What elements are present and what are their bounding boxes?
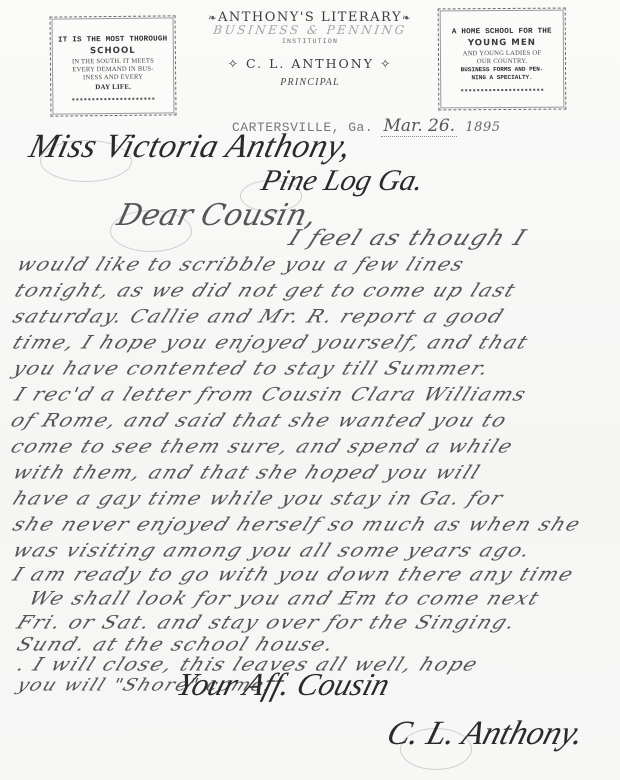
right-box-divider — [461, 89, 543, 92]
diamond-ornament-icon: ✧ — [228, 56, 246, 71]
body-line: time, I hope you enjoyed yourself, and t… — [10, 331, 533, 353]
letter-page: IT IS THE MOST THOROUGH SCHOOL IN THE SO… — [0, 0, 620, 780]
body-line: I feel as though I — [285, 225, 531, 250]
letterhead-left-box: IT IS THE MOST THOROUGH SCHOOL IN THE SO… — [49, 15, 176, 116]
letter-addressee: Miss Victoria Anthony, — [25, 128, 355, 166]
letterhead-center: ❧ANTHONY'S LITERARY❧ BUSINESS & PENNING … — [190, 6, 430, 88]
body-line: We shall look for you and Em to come nex… — [26, 587, 544, 609]
left-box-line-2: SCHOOL — [51, 44, 175, 58]
left-box-line-1: IT IS THE MOST THOROUGH — [51, 34, 175, 45]
institution-word: INSTITUTION — [190, 38, 430, 45]
body-line: have a gay time while you stay in Ga. fo… — [10, 487, 508, 509]
diamond-ornament-icon: ✧ — [374, 56, 392, 71]
institution-subtitle: BUSINESS & PENNING — [189, 23, 430, 37]
right-box-line-6: NING A SPECIALTY. — [439, 74, 565, 83]
right-box-line-1: A HOME SCHOOL FOR THE — [439, 27, 565, 38]
body-line: Fri. or Sat. and stay over for the Singi… — [14, 611, 521, 633]
body-line: you have contented to stay till Summer. — [10, 357, 494, 379]
principal-title: PRINCIPAL — [190, 77, 430, 88]
letter-signature: C. L. Anthony. — [383, 715, 589, 753]
letterhead-right-box: A HOME SCHOOL FOR THE YOUNG MEN AND YOUN… — [438, 8, 567, 111]
body-line: saturday. Callie and Mr. R. report a goo… — [10, 305, 508, 327]
body-line: I am ready to go with you down there any… — [10, 563, 578, 585]
left-box-line-6: DAY LIFE. — [51, 82, 175, 92]
body-line: Sund. at the school house. — [14, 633, 339, 655]
dateline-year: 1895 — [465, 120, 500, 135]
body-line: tonight, as we did not get to come up la… — [12, 279, 520, 301]
body-line: she never enjoyed herself so much as whe… — [10, 513, 585, 535]
body-line: with them, and that she hoped you will — [10, 461, 485, 483]
body-line: of Rome, and said that she wanted you to — [8, 409, 512, 431]
body-line: was visiting among you all some years ag… — [10, 539, 535, 561]
left-box-divider — [72, 97, 154, 100]
principal-name-text: C. L. ANTHONY — [246, 56, 374, 71]
body-line: I rec'd a letter from Cousin Clara Willi… — [12, 383, 531, 405]
letter-closing: Your Aff. Cousin — [173, 666, 394, 703]
letter-salutation: Dear Cousin, — [114, 198, 320, 233]
dateline-date: Mar. 26. — [381, 116, 457, 137]
principal-name: ✧ C. L. ANTHONY ✧ — [190, 56, 430, 71]
body-line: come to see them sure, and spend a while — [8, 435, 518, 457]
body-line: would like to scribble you a few lines — [14, 253, 469, 275]
letter-address: Pine Log Ga. — [258, 164, 427, 198]
right-box-line-2: YOUNG MEN — [439, 37, 565, 51]
